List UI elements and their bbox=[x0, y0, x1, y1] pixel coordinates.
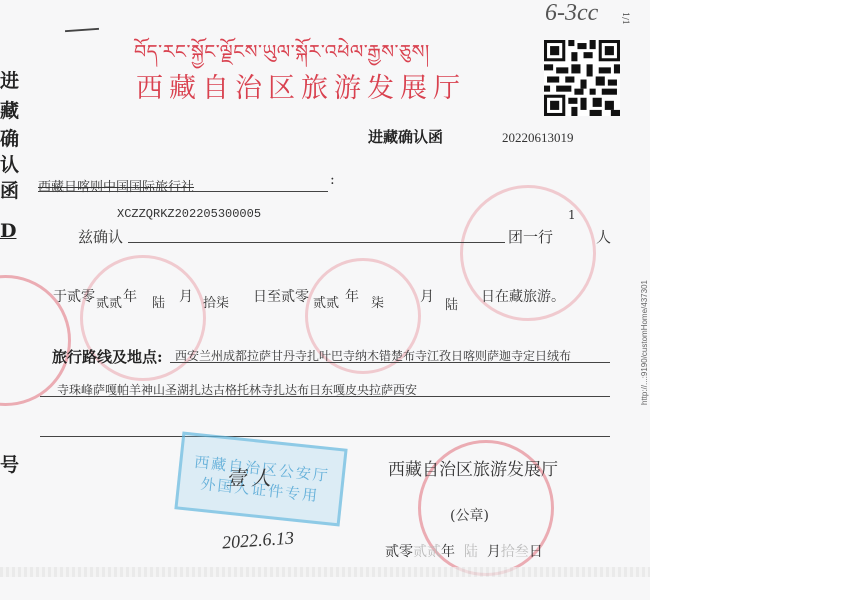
day-label: 日 bbox=[529, 544, 543, 560]
end-year-suffix: 贰贰 bbox=[313, 292, 339, 311]
route-underline bbox=[40, 396, 610, 397]
permit-number: XCZZQRKZ202205300005 bbox=[117, 207, 261, 221]
year-faded: 贰贰 bbox=[413, 544, 441, 560]
month-label: 月 bbox=[179, 286, 193, 306]
recipient-underline bbox=[38, 191, 328, 192]
seal-label: (公章) bbox=[450, 505, 489, 525]
year-label: 年 bbox=[123, 286, 137, 306]
recipient-name: 西藏日喀则中国国际旅行社 bbox=[38, 176, 194, 195]
page-indicator: 1/1 bbox=[621, 12, 630, 25]
margin-char: 进 bbox=[0, 66, 19, 93]
end-month: 柒 bbox=[371, 292, 384, 311]
date-prefix: 贰零 bbox=[385, 544, 413, 560]
qr-code-icon bbox=[544, 40, 620, 116]
margin-char: 藏 bbox=[0, 96, 19, 123]
document-title: 进藏确认函 bbox=[368, 126, 443, 147]
person-unit: 人 bbox=[596, 226, 611, 247]
end-day: 陆 bbox=[445, 294, 458, 313]
recipient-colon: : bbox=[330, 172, 335, 188]
start-day: 拾柒 bbox=[203, 292, 229, 311]
route-underline bbox=[40, 436, 610, 437]
margin-char: 函 bbox=[0, 176, 19, 203]
person-count: 1 bbox=[568, 208, 576, 222]
serial-number: 20220613019 bbox=[502, 130, 574, 146]
start-month: 陆 bbox=[152, 292, 165, 311]
start-year-suffix: 贰贰 bbox=[96, 292, 122, 311]
month-faded: 陆 bbox=[464, 544, 478, 560]
handwritten-signature: 壹 人 bbox=[226, 462, 271, 491]
date-suffix: 日在藏旅游。 bbox=[481, 286, 565, 306]
margin-char: 号 bbox=[0, 450, 19, 477]
day-faded: 拾叁 bbox=[501, 544, 529, 560]
day-to-label: 日至贰零 bbox=[253, 286, 309, 306]
route-label: 旅行路线及地点: bbox=[52, 346, 163, 367]
issuer-name: 西藏自治区旅游发展厅 bbox=[388, 455, 558, 480]
date-prefix: 于贰零 bbox=[53, 286, 95, 306]
margin-char: 认 bbox=[0, 150, 19, 177]
side-url: http://...:9190/customHome/437301 bbox=[640, 280, 649, 405]
issue-date: 贰零贰贰年 陆 月拾叁日 bbox=[385, 541, 543, 561]
year-label: 年 bbox=[441, 544, 455, 560]
margin-char: 确 bbox=[0, 124, 19, 151]
confirm-label: 兹确认 bbox=[78, 226, 123, 247]
handwritten-date: 2022.6.13 bbox=[221, 528, 294, 554]
year-label: 年 bbox=[345, 286, 359, 306]
confirm-underline bbox=[128, 242, 505, 243]
route-underline bbox=[170, 362, 610, 363]
group-label: 团一行 bbox=[508, 226, 553, 247]
month-label: 月 bbox=[420, 286, 434, 306]
month-label: 月 bbox=[487, 544, 501, 560]
scan-artifact bbox=[0, 567, 650, 577]
handwritten-note: 6-3cc bbox=[545, 0, 598, 27]
pen-mark bbox=[65, 28, 99, 32]
org-name-header: 西藏自治区旅游发展厅 bbox=[136, 66, 466, 105]
margin-char: D bbox=[0, 220, 16, 242]
document-page: 进 藏 确 认 函 D 号 བོད་རང་སྐྱོང་ལྗོངས་ཡུལ་སྐོ… bbox=[0, 0, 650, 600]
